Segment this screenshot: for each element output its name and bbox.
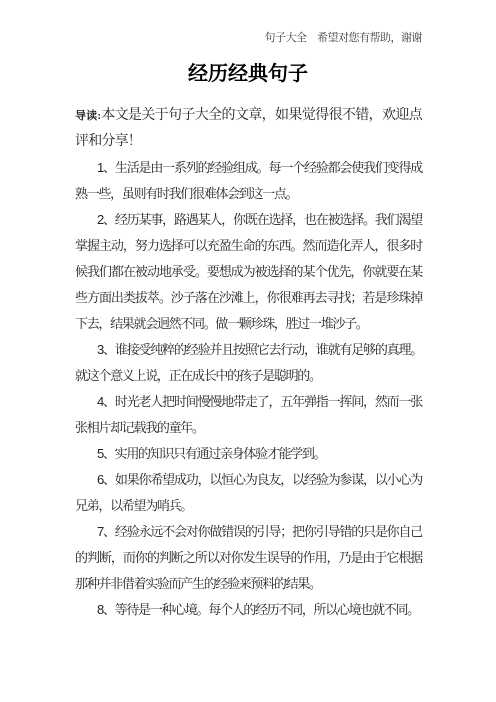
paragraph-text: 如果你希望成功，以恒心为良友，以经验为参谋，以小心为兄弟，以希望为哨兵。	[75, 472, 422, 513]
page-header-note: 句子大全 希望对您有帮助，谢谢	[0, 0, 496, 45]
paragraph-number: 8、	[97, 602, 115, 617]
paragraph-number: 4、	[97, 394, 115, 409]
paragraph-text: 等待是一种心境。每个人的经历不同，所以心境也就不同。	[115, 602, 419, 617]
paragraph-1: 1、生活是由一系列的经验组成。每一个经验都会使我们变得成熟一些，虽则有时我们很难…	[75, 155, 422, 207]
paragraph-text: 时光老人把时间慢慢地带走了，五年弹指一挥间，然而一张张相片却记载我的童年。	[75, 394, 422, 435]
lead-label: 导读:	[75, 110, 101, 122]
paragraph-2: 2、经历某事，路遇某人，你既在选择，也在被选择。我们渴望掌握主动，努力选择可以充…	[75, 207, 422, 337]
document-page: 句子大全 希望对您有帮助，谢谢 经历经典句子 导读:本文是关于句子大全的文章，如…	[0, 0, 496, 702]
paragraph-5: 5、实用的知识只有通过亲身体验才能学到。	[75, 441, 422, 467]
paragraph-text: 谁接受纯粹的经验并且按照它去行动，谁就有足够的真理。就这个意义上说，正在成长中的…	[75, 342, 422, 383]
paragraph-number: 2、	[97, 212, 115, 227]
paragraph-text: 生活是由一系列的经验组成。每一个经验都会使我们变得成熟一些，虽则有时我们很难体会…	[75, 160, 422, 201]
paragraph-3: 3、谁接受纯粹的经验并且按照它去行动，谁就有足够的真理。就这个意义上说，正在成长…	[75, 337, 422, 389]
document-body: 导读:本文是关于句子大全的文章，如果觉得很不错，欢迎点评和分享！ 1、生活是由一…	[0, 103, 496, 623]
paragraph-text: 经验永远不会对你做错误的引导；把你引导错的只是你自己的判断，而你的判断之所以对你…	[75, 524, 422, 591]
paragraph-7: 7、经验永远不会对你做错误的引导；把你引导错的只是你自己的判断，而你的判断之所以…	[75, 519, 422, 597]
paragraph-8: 8、等待是一种心境。每个人的经历不同，所以心境也就不同。	[75, 597, 422, 623]
paragraph-text: 实用的知识只有通过亲身体验才能学到。	[115, 446, 326, 461]
paragraph-6: 6、如果你希望成功，以恒心为良友，以经验为参谋，以小心为兄弟，以希望为哨兵。	[75, 467, 422, 519]
paragraph-number: 6、	[97, 472, 115, 487]
paragraph-number: 1、	[97, 160, 115, 175]
paragraph-number: 5、	[97, 446, 115, 461]
paragraph-number: 7、	[97, 524, 115, 539]
lead-text: 本文是关于句子大全的文章，如果觉得很不错，欢迎点评和分享！	[75, 108, 422, 149]
lead-paragraph: 导读:本文是关于句子大全的文章，如果觉得很不错，欢迎点评和分享！	[75, 103, 422, 155]
document-title: 经历经典句子	[0, 59, 496, 89]
paragraph-4: 4、时光老人把时间慢慢地带走了，五年弹指一挥间，然而一张张相片却记载我的童年。	[75, 389, 422, 441]
paragraph-number: 3、	[97, 342, 115, 357]
paragraph-text: 经历某事，路遇某人，你既在选择，也在被选择。我们渴望掌握主动，努力选择可以充盈生…	[75, 212, 422, 331]
